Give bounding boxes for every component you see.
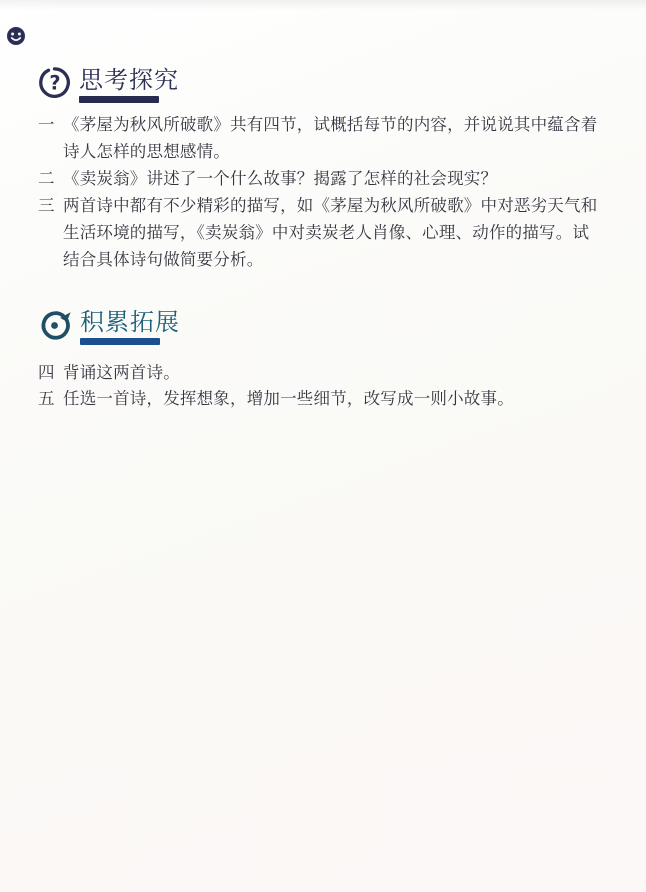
scan-edge-shadow: [0, 0, 646, 10]
item-text: 背诵这两首诗。: [63, 360, 616, 386]
svg-text:?: ?: [49, 71, 60, 94]
title-underline-think: [79, 96, 159, 103]
exercise-item-line: 四 背诵这两首诗。: [38, 360, 616, 386]
exercise-list-think: 一 《茅屋为秋风所破歌》共有四节，试概括每节的内容，并说说其中蕴含着 诗人怎样的…: [38, 111, 616, 273]
item-text: 《卖炭翁》讲述了一个什么故事？揭露了怎样的社会现实？: [63, 165, 616, 192]
title-underline-accumulate: [80, 338, 160, 345]
exercise-item-line: 三 两首诗中都有不少精彩的描写，如《茅屋为秋风所破歌》中对恶劣天气和: [38, 192, 616, 219]
section-header-think: ? 思考探究: [38, 66, 179, 103]
item-number: 一: [38, 111, 63, 138]
question-circle-icon: ?: [38, 66, 71, 103]
smiley-icon: [6, 26, 26, 46]
exercise-item-line: 一 《茅屋为秋风所破歌》共有四节，试概括每节的内容，并说说其中蕴含着: [38, 111, 616, 138]
exercise-item-line: 结合具体诗句做简要分析。: [38, 246, 616, 273]
textbook-page: ? 思考探究 一 《茅屋为秋风所破歌》共有四节，试概括每节的内容，并说说其中蕴含…: [0, 0, 646, 892]
exercise-item-line: 诗人怎样的思想感情。: [38, 138, 616, 165]
item-text: 生活环境的描写，《卖炭翁》中对卖炭老人肖像、心理、动作的描写。试: [63, 219, 616, 246]
item-number: 二: [38, 165, 63, 192]
exercise-list-accumulate: 四 背诵这两首诗。 五 任选一首诗，发挥想象，增加一些细节，改写成一则小故事。: [38, 360, 616, 412]
section-title-accumulate: 积累拓展: [80, 308, 180, 336]
item-text: 结合具体诗句做简要分析。: [63, 246, 616, 273]
exercise-item-line: 生活环境的描写，《卖炭翁》中对卖炭老人肖像、心理、动作的描写。试: [38, 219, 616, 246]
item-text: 两首诗中都有不少精彩的描写，如《茅屋为秋风所破歌》中对恶劣天气和: [63, 192, 616, 219]
item-text: 《茅屋为秋风所破歌》共有四节，试概括每节的内容，并说说其中蕴含着: [63, 111, 616, 138]
section-header-accumulate: 积累拓展: [38, 308, 180, 346]
item-number: 五: [38, 386, 63, 412]
exercise-item-line: 二 《卖炭翁》讲述了一个什么故事？揭露了怎样的社会现实？: [38, 165, 616, 192]
exercise-item-line: 五 任选一首诗，发挥想象，增加一些细节，改写成一则小故事。: [38, 386, 616, 412]
item-text: 诗人怎样的思想感情。: [63, 138, 616, 165]
item-number: 四: [38, 360, 63, 386]
cycle-arrow-icon: [38, 308, 72, 346]
section-title-think: 思考探究: [79, 66, 179, 94]
item-number: 三: [38, 192, 63, 219]
item-text: 任选一首诗，发挥想象，增加一些细节，改写成一则小故事。: [63, 386, 616, 412]
